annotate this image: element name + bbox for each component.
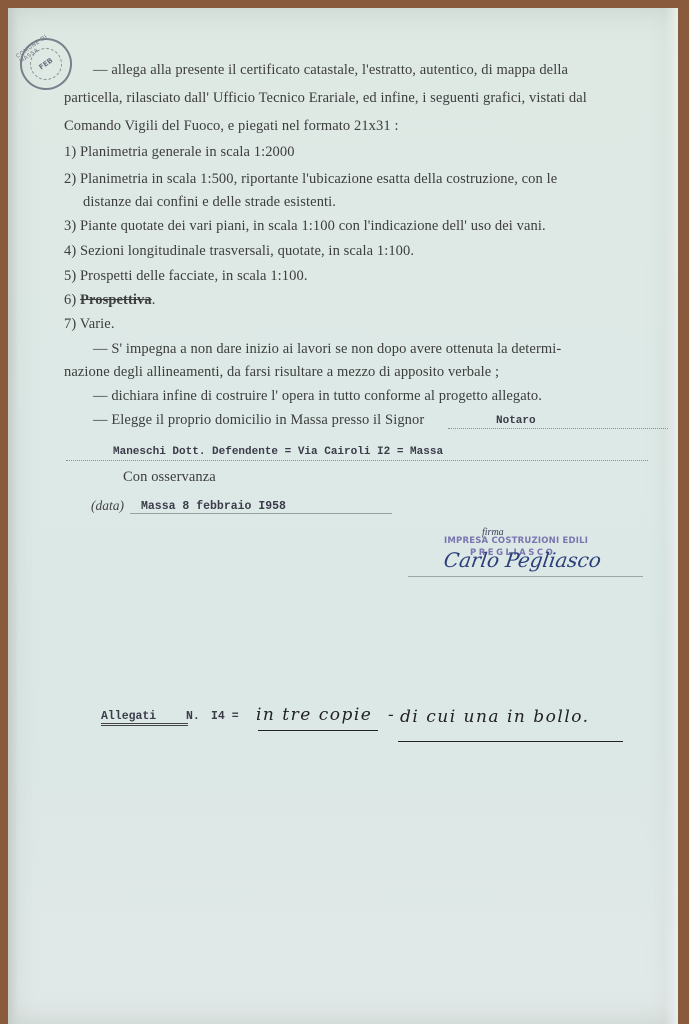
item-text: Prospetti delle facciate, in scala 1:100…	[80, 268, 308, 284]
handwritten-underline-2	[398, 741, 623, 742]
item-text: Planimetria in scala 1:500, riportante l…	[80, 171, 557, 187]
item-text: Varie.	[80, 316, 115, 332]
date-typed-value: Massa 8 febbraio I958	[141, 500, 286, 513]
list-item: 4) Sezioni longitudinale trasversali, qu…	[64, 243, 414, 260]
elegge-typed-value-2: Maneschi Dott. Defendente = Via Cairoli …	[113, 446, 443, 458]
list-item: 2) Planimetria in scala 1:500, riportant…	[64, 171, 557, 188]
signature-line	[408, 576, 643, 577]
company-stamp-line-1: IMPRESA COSTRUZIONI EDILI	[444, 536, 588, 546]
stamp-center-text: FEB	[38, 56, 55, 71]
document-page: COMUNE DI MASSA FEB — allega alla presen…	[8, 8, 678, 1024]
item-number: 7)	[64, 316, 76, 332]
dichiara-line: — dichiara infine di costruire l' opera …	[93, 388, 542, 405]
elegge-typed-value-1: Notaro	[496, 415, 536, 427]
elegge-fill-line-1	[448, 428, 668, 429]
item-number: 4)	[64, 243, 76, 259]
allegati-handwritten-bollo: di cui una in bollo.	[400, 707, 590, 727]
list-item: 6) Prospettiva.	[64, 292, 155, 309]
list-item: 5) Prospetti delle facciate, in scala 1:…	[64, 268, 308, 285]
date-label: (data)	[91, 498, 124, 514]
impegna-line-1: — S' impegna a non dare inizio ai lavori…	[93, 341, 561, 358]
elegge-label: — Elegge il proprio domicilio in Massa p…	[93, 412, 424, 429]
handwritten-underline-1	[258, 730, 378, 731]
list-item-continuation: distanze dai confini e delle strade esis…	[83, 194, 336, 211]
allegati-handwritten-separator: -	[388, 705, 395, 725]
handwritten-signature: Carlo Pegliasco	[442, 548, 602, 572]
list-item: 3) Piante quotate dei vari piani, in sca…	[64, 218, 546, 235]
item-text: Planimetria generale in scala 1:2000	[80, 144, 295, 160]
item-text-struck: Prospettiva	[80, 292, 152, 308]
allegati-number-value: I4 =	[211, 710, 239, 723]
item-number: 5)	[64, 268, 76, 284]
date-fill-line	[130, 513, 392, 514]
allegati-handwritten-copies: in tre copie	[256, 705, 372, 725]
list-item: 7) Varie.	[64, 316, 115, 333]
allegati-label: Allegati	[101, 710, 188, 726]
list-item: 1) Planimetria generale in scala 1:2000	[64, 144, 295, 161]
item-text: Piante quotate dei vari piani, in scala …	[80, 218, 546, 234]
item-number: 1)	[64, 144, 76, 160]
closing-text: Con osservanza	[123, 469, 216, 486]
item-number: 2)	[64, 171, 76, 187]
item-number: 3)	[64, 218, 76, 234]
elegge-fill-line-2	[66, 460, 648, 461]
impegna-line-2: nazione degli allineamenti, da farsi ris…	[64, 364, 499, 381]
allega-line-3: Comando Vigili del Fuoco, e piegati nel …	[64, 118, 399, 135]
allegati-number-label: N.	[186, 710, 200, 723]
page-left-edge	[8, 8, 18, 1024]
item-text: Sezioni longitudinale trasversali, quota…	[80, 243, 414, 259]
allega-line-2: particella, rilasciato dall' Ufficio Tec…	[64, 90, 587, 107]
page-right-edge	[664, 8, 678, 1024]
allega-line-1: — allega alla presente il certificato ca…	[93, 62, 568, 79]
item-number: 6)	[64, 292, 76, 308]
